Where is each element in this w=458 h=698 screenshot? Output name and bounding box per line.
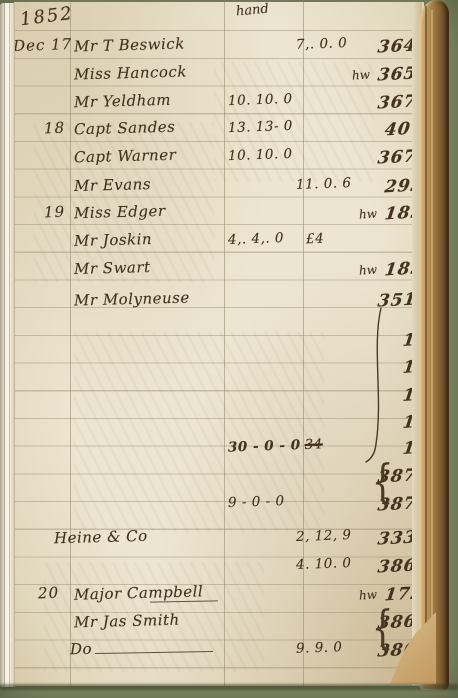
ledger-row: Heine & Co 2, 12, 9 3339. — [0, 528, 458, 555]
entry-note: hw — [351, 67, 370, 82]
entry-amount-1: 10. 10. 0 — [228, 91, 293, 109]
entry-name: Capt Warner — [74, 146, 177, 167]
grouping-bracket-curve — [366, 306, 386, 466]
ledger-row: Mr Joskin 4,. 4,. 0 £4 — [0, 231, 458, 258]
book-fore-edge — [419, 0, 449, 690]
entry-name: Do — [70, 640, 93, 659]
underline-flourish — [150, 600, 218, 602]
ledger-row: Miss Hancock hw3652. — [0, 64, 458, 91]
entry-date: 19 — [44, 203, 66, 222]
ledger-row: 18. — [0, 412, 458, 439]
entry-name: Mr Yeldham — [74, 91, 171, 112]
ledger-row: Mr Yeldham 10. 10. 0 3674. — [0, 92, 458, 119]
ledger-row: 14, — [0, 357, 458, 384]
brace-mark: { — [372, 604, 394, 650]
ledger-row: 17. — [0, 385, 458, 412]
ledger-scan: 1852 hand Dec 17 Mr T Beswick 7,. 0. 0 3… — [0, 0, 458, 698]
header-note: hand — [235, 2, 269, 20]
entry-name: Mr Joskin — [74, 230, 153, 250]
ditto-dash — [95, 651, 213, 654]
entry-date: 18 — [44, 119, 66, 138]
bottom-shadow — [0, 684, 458, 690]
entry-name: Miss Edger — [74, 202, 166, 222]
entry-date: 20 — [38, 584, 60, 603]
ledger-row: Dec 17 Mr T Beswick 7,. 0. 0 3647. — [0, 36, 458, 63]
entry-name: Mr Molyneuse — [74, 288, 190, 309]
entry-amount-1: 13. 13- 0 — [228, 118, 293, 136]
ledger-row: 4. 10. 0 3863. — [0, 556, 458, 583]
entry-name: Mr T Beswick — [74, 35, 185, 56]
entry-name: Mr Evans — [74, 175, 151, 195]
entry-name: Capt Sandes — [74, 118, 176, 139]
page-stack-edge — [0, 3, 15, 687]
ledger-row: 13, — [0, 330, 458, 357]
ledger-row: Mr Evans 11. 0. 6 2930 — [0, 176, 458, 203]
entry-note: hw — [358, 206, 377, 221]
entry-amount-2: £4 — [306, 231, 325, 248]
entry-name: Heine & Co — [54, 527, 148, 547]
ledger-row: Capt Warner 10. 10. 0 3672. — [0, 147, 458, 174]
entry-amount-1: 10. 10. 0 — [228, 146, 293, 164]
ledger-row: Mr Molyneuse 3512, — [0, 290, 458, 317]
entry-amount-1: 9 - 0 - 0 — [228, 493, 285, 511]
entry-note: hw — [358, 262, 377, 277]
ledger-row: 18 Capt Sandes 13. 13- 0 40755 — [0, 119, 458, 146]
entry-date: Dec 17 — [13, 35, 73, 55]
entry-amount-1: 4,. 4,. 0 — [228, 230, 285, 248]
entry-name: Miss Hancock — [74, 63, 187, 84]
entry-name: Mr Swart — [74, 258, 151, 278]
ledger-row: 19 Miss Edger hw1851 — [0, 203, 458, 230]
entry-name: Mr Jas Smith — [74, 611, 180, 632]
brace-mark: { — [372, 458, 394, 504]
ledger-row: Mr Swart hw1851 — [0, 259, 458, 286]
